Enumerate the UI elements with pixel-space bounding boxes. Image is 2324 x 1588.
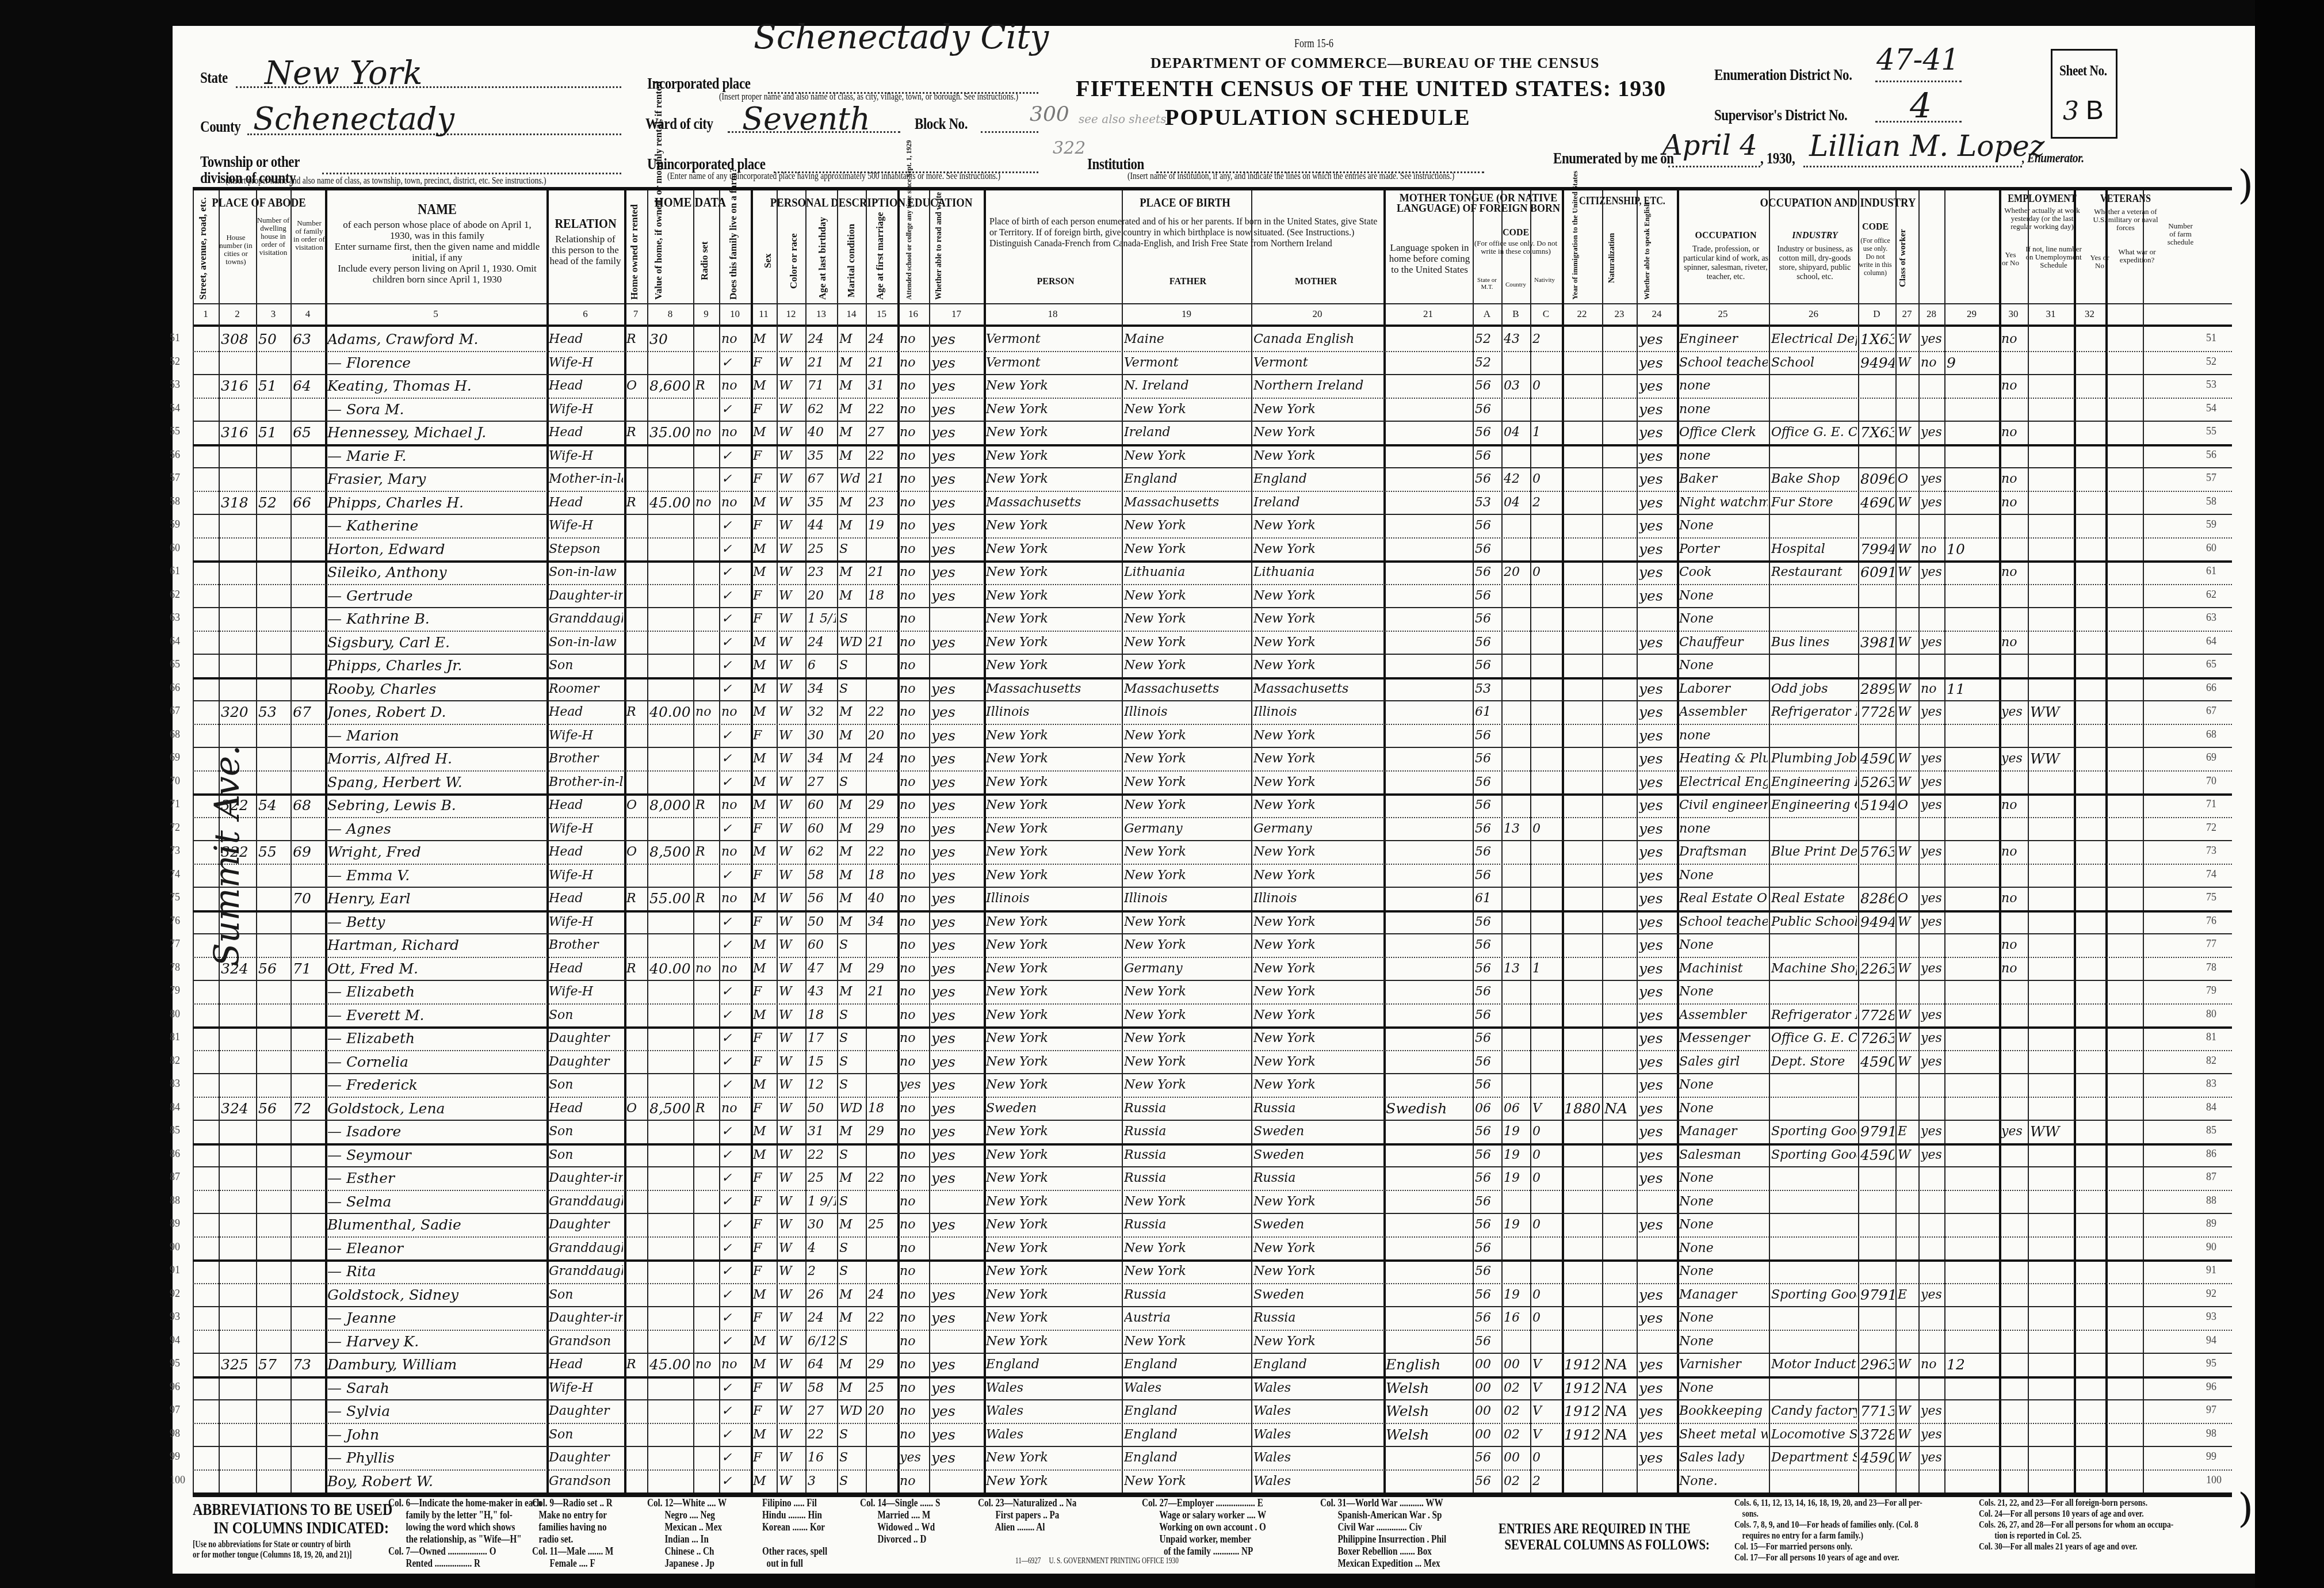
cell-work <box>1921 1261 1943 1282</box>
cell-sex: M <box>753 701 775 723</box>
cell-war <box>2030 818 2073 840</box>
cell-val: 45.00 <box>649 1354 692 1376</box>
cell-eng <box>1639 1261 1676 1282</box>
cell-code: 2963 <box>1860 1354 1894 1376</box>
cell-radio: R <box>695 795 718 816</box>
cell-rel: Grandson <box>549 1471 623 1492</box>
cell-bpm: Russia <box>1253 1167 1382 1189</box>
enumerator-label: , Enumerator. <box>2022 151 2084 166</box>
colnum-divider <box>193 303 2232 304</box>
cell-code: 7728 <box>1860 1005 1894 1026</box>
cell-dwell <box>258 445 289 467</box>
table-row: 53533165164Keating, Thomas H.HeadO8,600R… <box>193 374 2232 398</box>
cell-sex: M <box>753 841 775 863</box>
cell-work: yes <box>1921 422 1943 444</box>
cell-street <box>195 1377 217 1399</box>
cell-name: Horton, Edward <box>327 539 545 560</box>
cell-mar: WD <box>839 1400 865 1422</box>
cell-ca: 56 <box>1475 795 1500 816</box>
cell-own <box>626 1447 646 1469</box>
cell-sch: no <box>900 818 928 840</box>
cell-bpm: Illinois <box>1253 701 1382 723</box>
cell-own: R <box>626 492 646 514</box>
cell-name: — Frederick <box>327 1074 545 1096</box>
cell-farm: ✓ <box>721 1051 750 1073</box>
cell-name: Phipps, Charles H. <box>327 492 545 514</box>
cell-farm: ✓ <box>721 1471 750 1492</box>
cell-age: 20 <box>808 585 836 607</box>
cell-own <box>626 1377 646 1399</box>
line-number: 78 <box>170 961 180 974</box>
cell-mar: S <box>839 1074 865 1096</box>
cell-work: no <box>1921 678 1943 700</box>
cell-rel: Granddaughter <box>549 1261 623 1282</box>
cell-yr <box>1564 1238 1601 1259</box>
cell-occ: Real Estate Operator <box>1679 888 1768 910</box>
cell-age: 34 <box>808 678 836 700</box>
cell-unemp <box>1947 1121 1998 1143</box>
cell-ind: Real Estate <box>1771 888 1857 910</box>
cell-dwell <box>258 888 289 910</box>
cell-sex: M <box>753 958 775 980</box>
cell-bp: New York <box>986 445 1121 467</box>
cell-radio <box>695 865 718 887</box>
table-row: 95953255773Dambury, WilliamHeadR45.00non… <box>193 1353 2232 1376</box>
cell-radio: R <box>695 841 718 863</box>
cell-ind: Bake Shop <box>1771 468 1857 490</box>
cell-agem <box>868 1191 896 1213</box>
cell-cls <box>1898 515 1917 537</box>
line-number: 69 <box>170 751 180 764</box>
cell-sex: M <box>753 375 775 397</box>
cell-own: O <box>626 1098 646 1120</box>
cell-lang <box>1386 562 1471 583</box>
scan-border <box>2255 0 2324 1588</box>
cell-lang: Swedish <box>1386 1098 1471 1120</box>
cell-occ: Salesman <box>1679 1144 1768 1166</box>
header-c12: Color or race <box>788 222 802 300</box>
cell-ind: Office G. E. Co. <box>1771 422 1857 444</box>
cell-farm: ✓ <box>721 1331 750 1353</box>
cell-mar: S <box>839 934 865 956</box>
cell-age: 22 <box>808 1144 836 1166</box>
cell-cb <box>1504 655 1529 677</box>
cell-mar: S <box>839 1051 865 1073</box>
cell-eng: yes <box>1639 981 1676 1003</box>
cell-race: W <box>779 818 804 840</box>
cell-cc <box>1532 608 1561 630</box>
cell-ind: Fur Store <box>1771 492 1857 514</box>
cell-street <box>195 725 217 747</box>
cell-race: W <box>779 422 804 444</box>
cell-bpf: England <box>1124 1447 1250 1469</box>
cell-nat <box>1604 1238 1635 1259</box>
cell-code <box>1860 1167 1894 1189</box>
cell-radio: no <box>695 422 718 444</box>
cell-bp: New York <box>986 1331 1121 1353</box>
cell-bpf: New York <box>1124 1051 1250 1073</box>
column-number: 27 <box>1895 308 1918 320</box>
cell-ind <box>1771 1074 1857 1096</box>
cell-read: yes <box>931 585 983 607</box>
cell-house <box>221 1424 255 1446</box>
cell-own <box>626 911 646 933</box>
cell-fam: 65 <box>293 422 324 444</box>
cell-yr <box>1564 422 1601 444</box>
cell-age: 26 <box>808 1284 836 1306</box>
cell-occ: Porter <box>1679 539 1768 560</box>
cell-bpm: New York <box>1253 655 1382 677</box>
cell-name: Jones, Robert D. <box>327 701 545 723</box>
cell-cc: V <box>1532 1354 1561 1376</box>
sheet-value: 3 <box>2063 97 2079 126</box>
cell-work <box>1921 1471 1943 1492</box>
cell-sex: M <box>753 1074 775 1096</box>
cell-eng: yes <box>1639 772 1676 793</box>
cell-age: 60 <box>808 795 836 816</box>
cell-occ: Bookkeeping <box>1679 1400 1768 1422</box>
line-number: 53 <box>170 379 180 391</box>
cell-radio <box>695 1424 718 1446</box>
cell-cb <box>1504 1005 1529 1026</box>
column-number: 22 <box>1562 308 1602 320</box>
cell-yr <box>1564 934 1601 956</box>
cell-yr: 1912 <box>1564 1354 1601 1376</box>
cell-fam <box>293 1284 324 1306</box>
table-row: 9292Goldstock, SidneySon✓MW26M24noyesNew… <box>193 1283 2232 1307</box>
sd-value: 4 <box>1910 86 1932 127</box>
cell-nat <box>1604 445 1635 467</box>
cell-agem: 22 <box>868 701 896 723</box>
cell-bpm: Vermont <box>1253 352 1382 374</box>
cell-age: 35 <box>808 492 836 514</box>
cell-ind <box>1771 1471 1857 1492</box>
cell-bp: New York <box>986 934 1121 956</box>
cell-lang <box>1386 1261 1471 1282</box>
township-line <box>322 173 621 174</box>
entries-cols-2: Cols. 21, 22, and 23—For all foreign-bor… <box>1979 1497 2173 1552</box>
cell-vet <box>2001 1261 2027 1282</box>
cell-race: W <box>779 655 804 677</box>
cell-rel: Wife-H <box>549 818 623 840</box>
census-title: FIFTEENTH CENSUS OF THE UNITED STATES: 1… <box>1076 75 1666 102</box>
cell-vet <box>2001 1028 2027 1049</box>
cell-rel: Head <box>549 422 623 444</box>
cell-agem <box>868 1051 896 1073</box>
cell-nat <box>1604 1284 1635 1306</box>
cell-nat <box>1604 632 1635 654</box>
cell-bpm: New York <box>1253 748 1382 770</box>
cell-war <box>2030 1331 2073 1353</box>
cell-age: 12 <box>808 1074 836 1096</box>
cell-work: yes <box>1921 1051 1943 1073</box>
cell-unemp <box>1947 934 1998 956</box>
cell-cb: 13 <box>1504 818 1529 840</box>
cell-eng: yes <box>1639 701 1676 723</box>
cell-work <box>1921 608 1943 630</box>
cell-agem: 21 <box>868 981 896 1003</box>
cell-eng: yes <box>1639 1284 1676 1306</box>
cell-sch: no <box>900 1191 928 1213</box>
cell-dwell <box>258 608 289 630</box>
cell-eng: yes <box>1639 1028 1676 1049</box>
cell-sch: no <box>900 632 928 654</box>
header-c4: Number of family in order of visitation <box>293 219 325 251</box>
cell-ind <box>1771 1238 1857 1259</box>
cell-sch: no <box>900 1261 928 1282</box>
block-note: see also sheets <box>1079 112 1166 126</box>
cell-cb: 03 <box>1504 375 1529 397</box>
cell-name: — Kathrine B. <box>327 608 545 630</box>
cell-val <box>649 1028 692 1049</box>
cell-war <box>2030 1447 2073 1469</box>
cell-bpm: New York <box>1253 399 1382 421</box>
cell-sex: F <box>753 1307 775 1329</box>
cell-cc: 0 <box>1532 468 1561 490</box>
cell-cc: V <box>1532 1098 1561 1120</box>
cell-own: R <box>626 422 646 444</box>
cell-rel: Daughter <box>549 1400 623 1422</box>
cell-sex: M <box>753 1144 775 1166</box>
cell-fam <box>293 911 324 933</box>
cell-occ: Manager <box>1679 1121 1768 1143</box>
cell-fam <box>293 655 324 677</box>
cell-own: R <box>626 1354 646 1376</box>
cell-read: yes <box>931 562 983 583</box>
cell-bpm: Wales <box>1253 1377 1382 1399</box>
cell-code: 7728 <box>1860 701 1894 723</box>
cell-agem <box>868 1424 896 1446</box>
cell-ind: Refrigerator Dept. G. E. Co. <box>1771 1005 1857 1026</box>
cell-eng: yes <box>1639 1167 1676 1189</box>
cell-mar: M <box>839 1284 865 1306</box>
line-number: 81 <box>2206 1031 2216 1043</box>
cell-occ: Machinist <box>1679 958 1768 980</box>
cell-farm: ✓ <box>721 1261 750 1282</box>
cell-house <box>221 562 255 583</box>
cell-rel: Son <box>549 1284 623 1306</box>
cell-cls: W <box>1898 1424 1917 1446</box>
cell-mar: M <box>839 422 865 444</box>
cell-ind: Electrical Dept. G. Electric Co. <box>1771 329 1857 350</box>
cell-code: 4590 <box>1860 1051 1894 1073</box>
cell-work: yes <box>1921 1005 1943 1026</box>
line-number: 86 <box>2206 1148 2216 1160</box>
cell-nat <box>1604 515 1635 537</box>
cell-unemp <box>1947 1400 1998 1422</box>
cell-work: yes <box>1921 1121 1943 1143</box>
cell-nat <box>1604 1307 1635 1329</box>
cell-yr <box>1564 1167 1601 1189</box>
cell-cls: W <box>1898 562 1917 583</box>
cell-mar: S <box>839 772 865 793</box>
cell-bpf: New York <box>1124 445 1250 467</box>
cell-bpm: Canada English <box>1253 329 1382 350</box>
cell-own <box>626 445 646 467</box>
cell-race: W <box>779 888 804 910</box>
cell-own <box>626 468 646 490</box>
table-row: 8585— IsadoreSon✓MW31M29noyesNew YorkRus… <box>193 1120 2232 1143</box>
cell-name: — Gertrude <box>327 585 545 607</box>
cell-lang <box>1386 772 1471 793</box>
schedule-title: POPULATION SCHEDULE <box>1165 104 1471 131</box>
line-number: 81 <box>170 1031 180 1043</box>
cell-name: Sileiko, Anthony <box>327 562 545 583</box>
cell-war <box>2030 1471 2073 1492</box>
cell-cb: 43 <box>1504 329 1529 350</box>
cell-sch: no <box>900 1028 928 1049</box>
line-number: 99 <box>170 1450 180 1463</box>
cell-nat <box>1604 818 1635 840</box>
cell-sex: M <box>753 1331 775 1353</box>
line-number: 88 <box>170 1194 180 1207</box>
cell-house: 325 <box>221 1354 255 1376</box>
cell-read: yes <box>931 841 983 863</box>
cell-read <box>931 655 983 677</box>
cell-work <box>1921 865 1943 887</box>
cell-cls: W <box>1898 958 1917 980</box>
cell-house <box>221 1331 255 1353</box>
line-number: 82 <box>2206 1055 2216 1067</box>
cell-age: 40 <box>808 422 836 444</box>
cell-cls <box>1898 1471 1917 1492</box>
cell-eng: yes <box>1639 422 1676 444</box>
cell-bpf: England <box>1124 468 1250 490</box>
cell-bpf: New York <box>1124 934 1250 956</box>
cell-rel: Wife-H <box>549 352 623 374</box>
cell-sch: no <box>900 678 928 700</box>
cell-farm: ✓ <box>721 1144 750 1166</box>
cell-age: 67 <box>808 468 836 490</box>
cell-ind <box>1771 1191 1857 1213</box>
cell-rel: Son-in-law <box>549 632 623 654</box>
cell-radio <box>695 562 718 583</box>
cell-cb <box>1504 1051 1529 1073</box>
cell-radio <box>695 1191 718 1213</box>
cell-radio <box>695 1167 718 1189</box>
cell-dwell <box>258 865 289 887</box>
line-number: 58 <box>2206 495 2216 507</box>
cell-cls <box>1898 445 1917 467</box>
cell-age: 43 <box>808 981 836 1003</box>
cell-yr <box>1564 1191 1601 1213</box>
cell-rel: Brother <box>549 748 623 770</box>
cell-cb <box>1504 585 1529 607</box>
cell-bpm: New York <box>1253 445 1382 467</box>
line-number: 86 <box>170 1148 180 1160</box>
cell-bpm: Sweden <box>1253 1144 1382 1166</box>
cell-val <box>649 352 692 374</box>
cell-eng: yes <box>1639 468 1676 490</box>
column-number: D <box>1858 308 1895 320</box>
cell-mar: S <box>839 1424 865 1446</box>
cell-rel: Daughter-in-law <box>549 1167 623 1189</box>
block-value: 300 <box>1030 102 1069 126</box>
cell-work: yes <box>1921 562 1943 583</box>
cell-bp: New York <box>986 1307 1121 1329</box>
cell-vet <box>2001 1331 2027 1353</box>
cell-lang <box>1386 655 1471 677</box>
cell-fam <box>293 562 324 583</box>
cell-house <box>221 1167 255 1189</box>
abbr-col9: Col. 9—Radio set .. R Make no entry for … <box>532 1497 613 1570</box>
cell-street <box>195 1191 217 1213</box>
cell-fam <box>293 1005 324 1026</box>
cell-age: 27 <box>808 772 836 793</box>
cell-lang <box>1386 795 1471 816</box>
cell-val: 8,600 <box>649 375 692 397</box>
cell-agem: 18 <box>868 585 896 607</box>
cell-rel: Wife-H <box>549 445 623 467</box>
cell-house <box>221 725 255 747</box>
cell-street <box>195 422 217 444</box>
line-number: 92 <box>170 1288 180 1300</box>
institution-note: (Insert name of institution, if any, and… <box>1127 170 1454 182</box>
cell-work <box>1921 1167 1943 1189</box>
cell-bp: New York <box>986 1028 1121 1049</box>
line-number: 98 <box>2206 1427 2216 1440</box>
table-row: 67673205367Jones, Robert D.HeadR40.00non… <box>193 700 2232 724</box>
cell-eng: yes <box>1639 911 1676 933</box>
cell-street <box>195 399 217 421</box>
cell-yr: 1912 <box>1564 1377 1601 1399</box>
cell-mar: S <box>839 1471 865 1492</box>
cell-eng <box>1639 608 1676 630</box>
cell-yr <box>1564 1028 1601 1049</box>
cell-rel: Head <box>549 492 623 514</box>
column-number: 5 <box>325 308 546 320</box>
cell-cls: W <box>1898 352 1917 374</box>
cell-lang <box>1386 958 1471 980</box>
line-number: 83 <box>170 1078 180 1090</box>
cell-rel: Brother <box>549 934 623 956</box>
cell-sch: no <box>900 1167 928 1189</box>
cell-eng: yes <box>1639 748 1676 770</box>
cell-cls <box>1898 1307 1917 1329</box>
cell-rel: Wife-H <box>549 725 623 747</box>
cell-mar: S <box>839 1144 865 1166</box>
cell-bpm: New York <box>1253 1238 1382 1259</box>
cell-cc: 0 <box>1532 818 1561 840</box>
cell-occ: none <box>1679 399 1768 421</box>
header-c24: Whether able to speak English <box>1642 216 1671 300</box>
cell-eng <box>1639 1238 1676 1259</box>
cell-agem: 20 <box>868 725 896 747</box>
cell-read: yes <box>931 1144 983 1166</box>
cell-race: W <box>779 725 804 747</box>
cell-unemp <box>1947 375 1998 397</box>
table-row: 84843245672Goldstock, LenaHeadO8,500RnoF… <box>193 1097 2232 1120</box>
ed-value: 47-41 <box>1876 43 1959 77</box>
cell-bpf: Russia <box>1124 1214 1250 1236</box>
cell-street <box>195 1471 217 1492</box>
cell-occ: Laborer <box>1679 678 1768 700</box>
table-row: 73733225569Wright, FredHeadO8,500RnoMW62… <box>193 840 2232 864</box>
cell-cc <box>1532 888 1561 910</box>
cell-farm: ✓ <box>721 399 750 421</box>
cell-vet <box>2001 399 2027 421</box>
cell-eng: yes <box>1639 725 1676 747</box>
header-c22: Year of immigration to the United States <box>1570 216 1599 300</box>
cell-yr <box>1564 492 1601 514</box>
cell-bpm: Russia <box>1253 1307 1382 1329</box>
cell-house <box>221 1261 255 1282</box>
cell-nat <box>1604 399 1635 421</box>
cell-name: Frasier, Mary <box>327 468 545 490</box>
cell-war <box>2030 841 2073 863</box>
cell-cb: 19 <box>1504 1121 1529 1143</box>
cell-eng: yes <box>1639 1144 1676 1166</box>
